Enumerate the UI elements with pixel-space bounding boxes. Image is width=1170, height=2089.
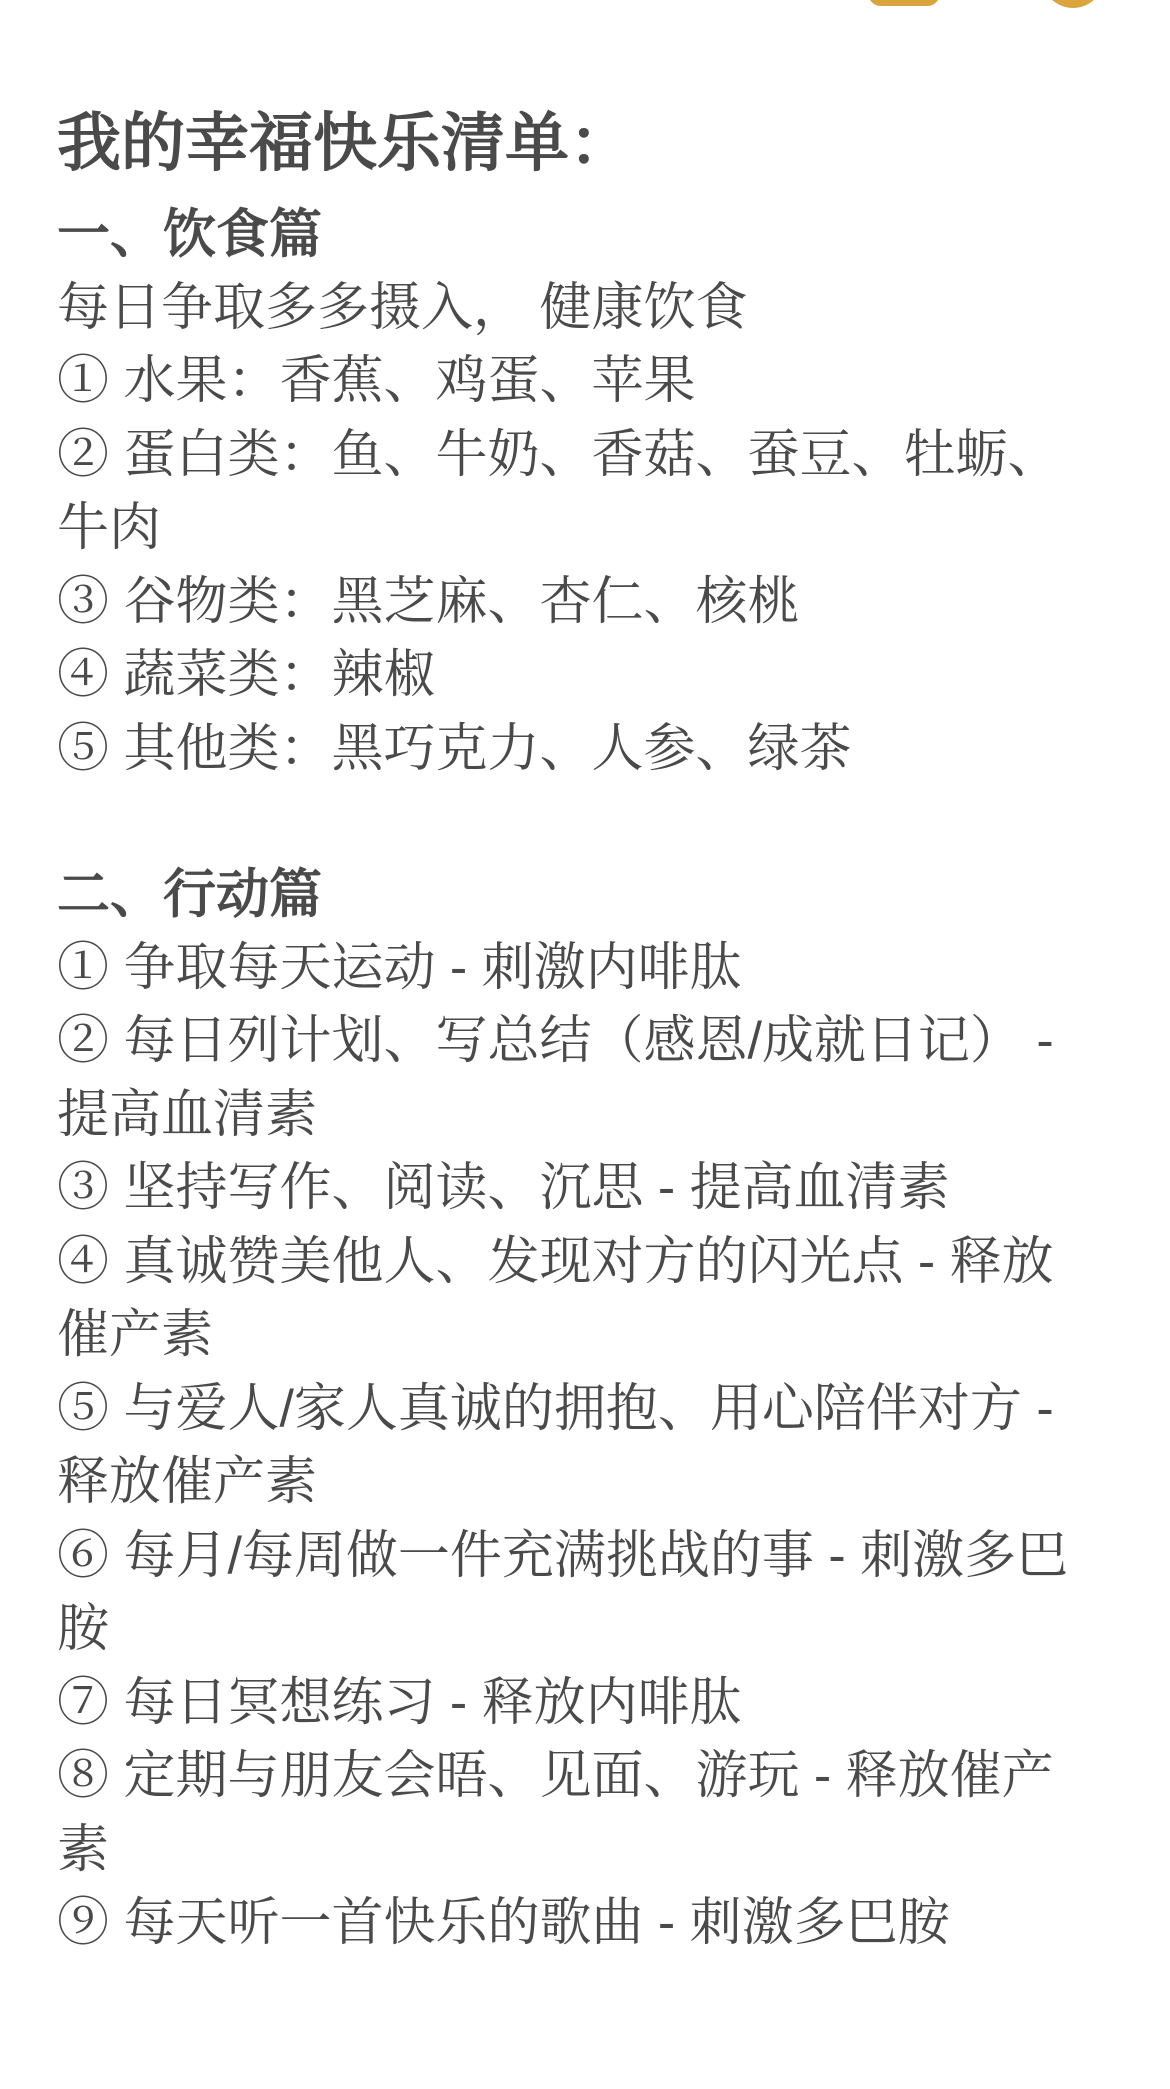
list-item: ⑤ 与爱人/家人真诚的拥抱、用心陪伴对方 - 释放催产素 xyxy=(57,1373,1092,1520)
list-item: ⑨ 每天听一首快乐的歌曲 - 刺激多巴胺 xyxy=(57,1887,1092,1961)
list-item: ② 每日列计划、写总结（感恩/成就日记） - 提高血清素 xyxy=(57,1005,1092,1152)
list-item: ④ 蔬菜类：辣椒 xyxy=(57,639,1092,713)
list-item: ① 争取每天运动 - 刺激内啡肽 xyxy=(57,932,1092,1006)
list-item: ① 水果：香蕉、鸡蛋、苹果 xyxy=(57,345,1092,419)
page-title: 我的幸福快乐清单： xyxy=(57,102,1092,184)
section-heading-action: 二、行动篇 xyxy=(57,858,1092,932)
note-content: 我的幸福快乐清单： 一、饮食篇 每日争取多多摄入， 健康饮食 ① 水果：香蕉、鸡… xyxy=(0,0,1170,1961)
list-item: ⑥ 每月/每周做一件充满挑战的事 - 刺激多巴胺 xyxy=(57,1520,1092,1667)
list-item: ④ 真诚赞美他人、发现对方的闪光点 - 释放催产素 xyxy=(57,1226,1092,1373)
list-item: ⑦ 每日冥想练习 - 释放内啡肽 xyxy=(57,1667,1092,1741)
list-item: ⑧ 定期与朋友会晤、见面、游玩 - 释放催产素 xyxy=(57,1740,1092,1887)
list-item: ③ 坚持写作、阅读、沉思 - 提高血清素 xyxy=(57,1152,1092,1226)
list-item: ② 蛋白类：鱼、牛奶、香菇、蚕豆、牡蛎、牛肉 xyxy=(57,419,1092,566)
note-page: 我的幸福快乐清单： 一、饮食篇 每日争取多多摄入， 健康饮食 ① 水果：香蕉、鸡… xyxy=(0,0,1170,2089)
list-item: ⑤ 其他类：黑巧克力、人参、绿茶 xyxy=(57,713,1092,787)
section-heading-diet: 一、饮食篇 xyxy=(57,198,1092,272)
section-intro: 每日争取多多摄入， 健康饮食 xyxy=(57,272,1092,346)
list-item: ③ 谷物类：黑芝麻、杏仁、核桃 xyxy=(57,566,1092,640)
section-diet: 一、饮食篇 每日争取多多摄入， 健康饮食 ① 水果：香蕉、鸡蛋、苹果 ② 蛋白类… xyxy=(57,198,1092,786)
section-action: 二、行动篇 ① 争取每天运动 - 刺激内啡肽 ② 每日列计划、写总结（感恩/成就… xyxy=(57,858,1092,1961)
